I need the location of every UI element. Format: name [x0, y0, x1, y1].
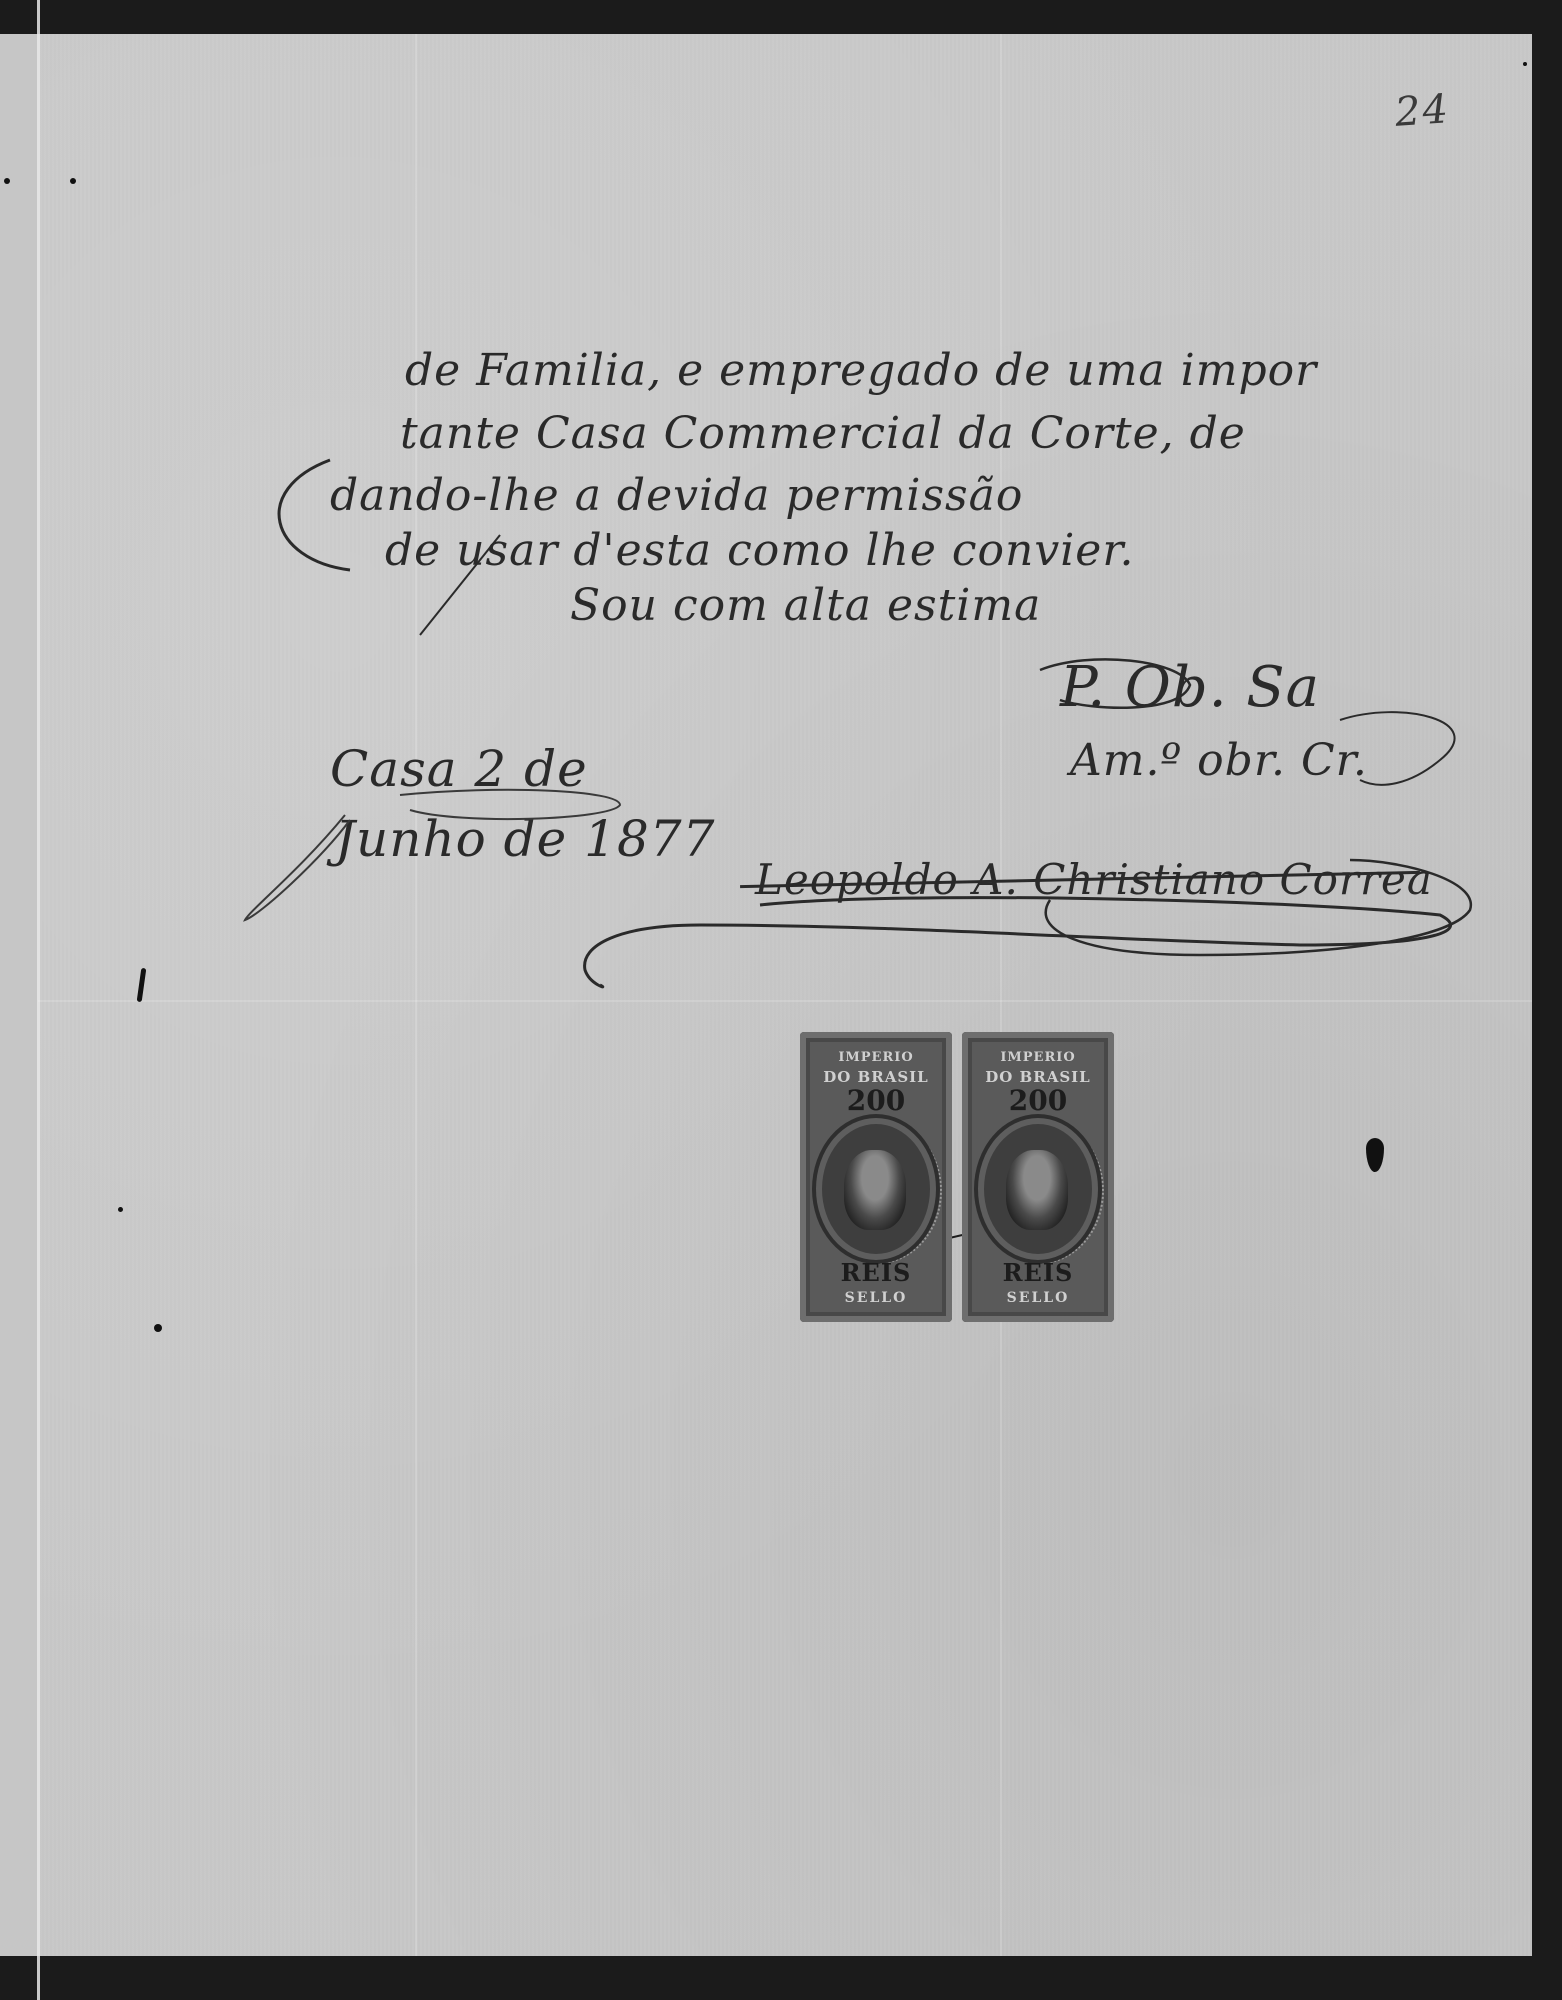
paper-fold-vertical-2 [1000, 34, 1002, 1956]
stamp-2-imperio: IMPERIO [962, 1050, 1114, 1065]
stamp-2-currency: REIS [962, 1258, 1114, 1287]
document-page [38, 34, 1532, 1956]
closing-line-1: P. Ob. Sa [1060, 655, 1320, 720]
body-line-1: de Familia, e empregado de uma impor [405, 345, 1317, 396]
stamp-2-value: 200 [962, 1084, 1114, 1117]
stamp-2-sello: SELLO [962, 1290, 1114, 1306]
ink-speck [118, 1207, 123, 1212]
body-line-2: tante Casa Commercial da Corte, de [400, 408, 1246, 459]
revenue-stamp-1: IMPERIO DO BRASIL 200 REIS SELLO [800, 1032, 952, 1322]
stamp-2-emperor-portrait-icon [1006, 1150, 1068, 1230]
stamp-1-imperio: IMPERIO [800, 1050, 952, 1065]
revenue-stamp-2: IMPERIO DO BRASIL 200 REIS SELLO [962, 1032, 1114, 1322]
paper-fold-horizontal [38, 1000, 1532, 1002]
stamp-1-sello: SELLO [800, 1290, 952, 1306]
date-line-1: Casa 2 de [330, 740, 588, 798]
closing-line-2: Am.º obr. Cr. [1070, 735, 1368, 786]
ink-speck [1523, 62, 1527, 66]
ink-speck [4, 178, 10, 184]
body-line-3: dando-lhe a devida permissão [330, 470, 1023, 521]
paper-fold-vertical [415, 34, 417, 1956]
revenue-stamps: IMPERIO DO BRASIL 200 REIS SELLO IMPERIO… [800, 1032, 1120, 1328]
stamp-1-currency: REIS [800, 1258, 952, 1287]
stamp-1-emperor-portrait-icon [844, 1150, 906, 1230]
body-line-4: de usar d'esta como lhe convier. [385, 525, 1135, 576]
body-line-5: Sou com alta estima [570, 580, 1041, 631]
ink-speck [70, 178, 76, 184]
ink-speck [154, 1324, 162, 1332]
paper-left-margin [0, 34, 38, 1956]
date-line-2: Junho de 1877 [335, 810, 715, 868]
page-number: 24 [1393, 86, 1451, 136]
stamp-1-value: 200 [800, 1084, 952, 1117]
